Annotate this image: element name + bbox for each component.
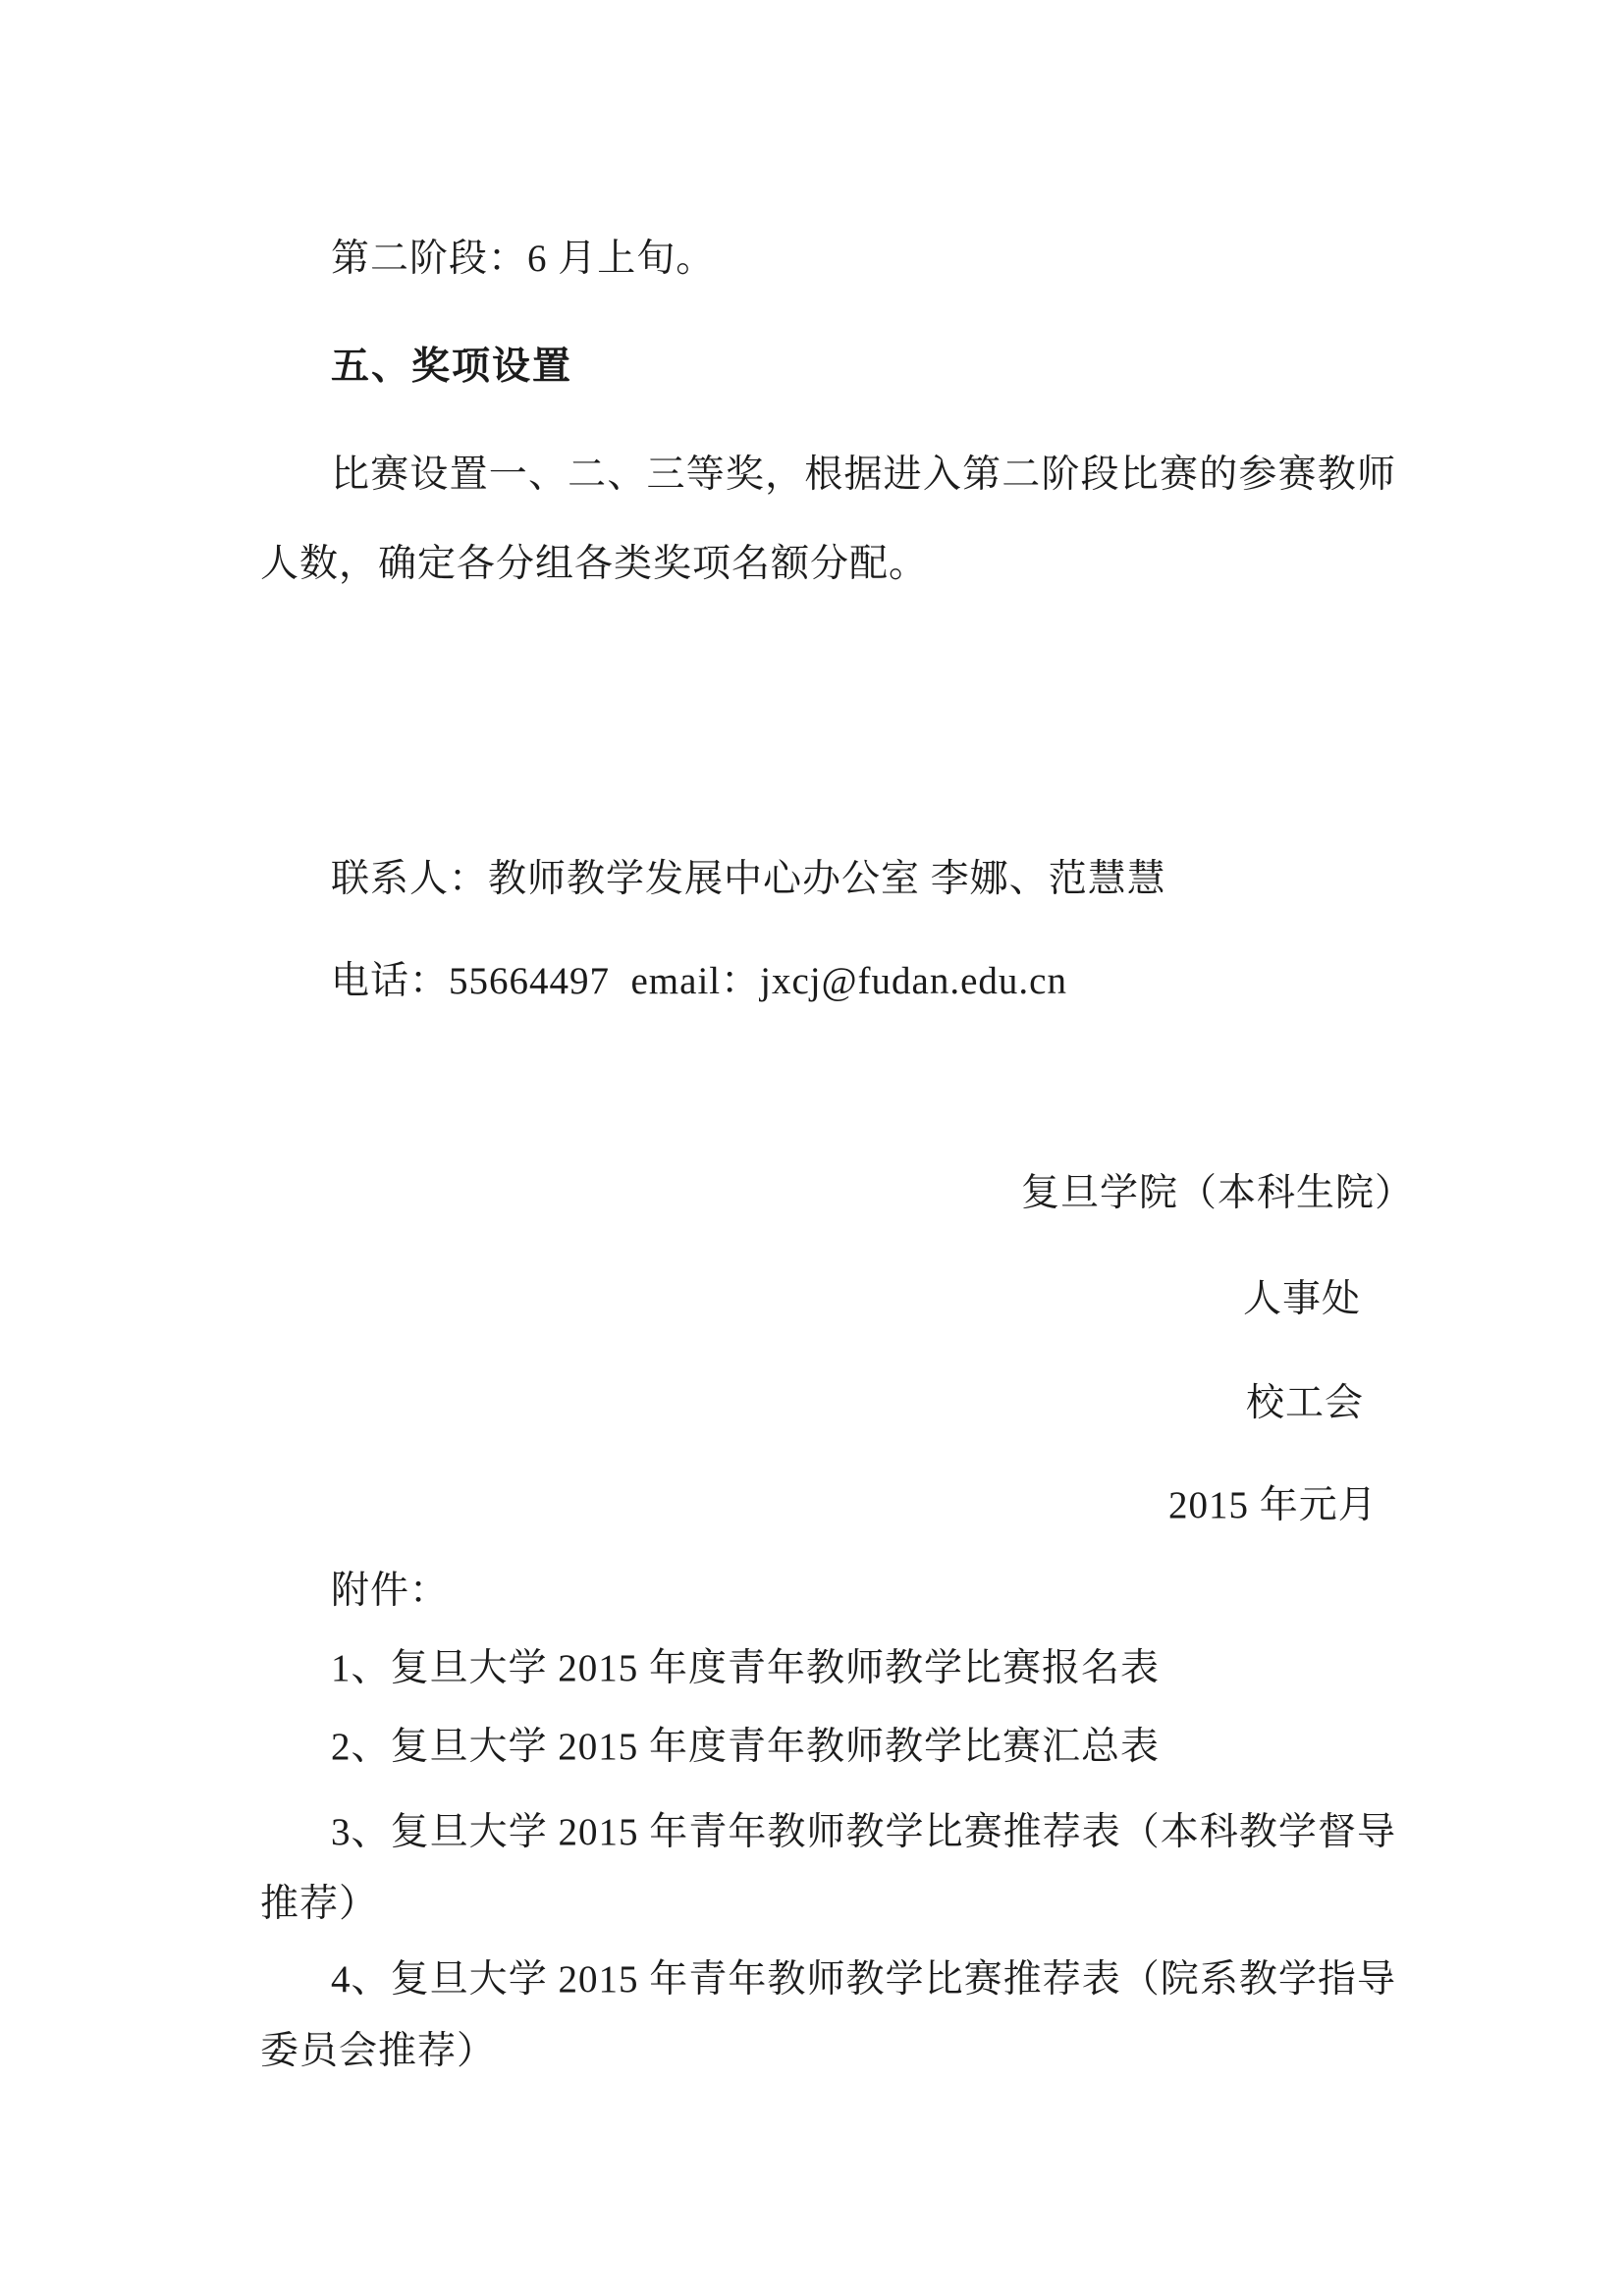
awards-section-heading: 五、奖项设置 <box>331 344 572 392</box>
document-page: 第二阶段：6 月上旬。 五、奖项设置 比赛设置一、二、三等奖，根据进入第二阶段比… <box>0 0 1624 2296</box>
signature-org-labor-union: 校工会 <box>1246 1380 1364 1428</box>
stage-two-date-line: 第二阶段：6 月上旬。 <box>331 236 715 284</box>
attachment-item-1: 1、复旦大学 2015 年度青年教师教学比赛报名表 <box>331 1645 1160 1693</box>
awards-paragraph-line-1: 比赛设置一、二、三等奖，根据进入第二阶段比赛的参赛教师 <box>331 452 1396 500</box>
attachment-item-4-line-1: 4、复旦大学 2015 年青年教师教学比赛推荐表（院系教学指导 <box>331 1956 1396 2004</box>
phone-email-line: 电话：55664497 email：jxcj@fudan.edu.cn <box>331 958 1067 1006</box>
awards-paragraph-line-2: 人数，确定各分组各类奖项名额分配。 <box>260 541 928 589</box>
contact-person-line: 联系人：教师教学发展中心办公室 李娜、范慧慧 <box>331 856 1166 904</box>
attachment-item-3-line-2: 推荐） <box>260 1881 378 1929</box>
signature-date: 2015 年元月 <box>1168 1482 1378 1530</box>
attachments-label: 附件： <box>331 1568 449 1616</box>
attachment-item-3-line-1: 3、复旦大学 2015 年青年教师教学比赛推荐表（本科教学督导 <box>331 1809 1396 1857</box>
attachment-item-2: 2、复旦大学 2015 年度青年教师教学比赛汇总表 <box>331 1724 1160 1772</box>
signature-org-fudan-college: 复旦学院（本科生院） <box>1021 1170 1414 1218</box>
attachment-item-4-line-2: 委员会推荐） <box>260 2028 496 2076</box>
signature-org-hr-department: 人事处 <box>1243 1276 1361 1324</box>
